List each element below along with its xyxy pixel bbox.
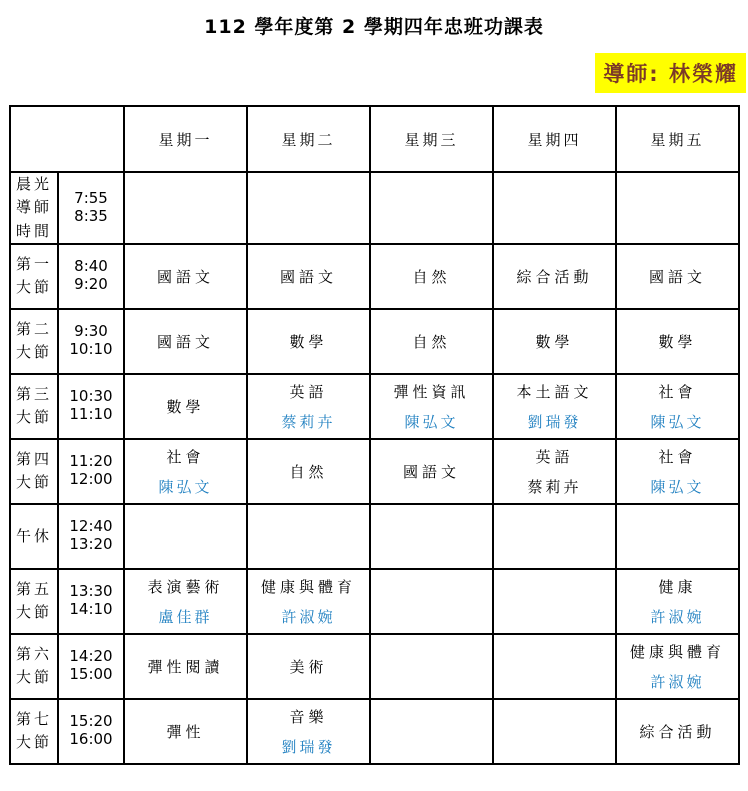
schedule-cell: 自然 [370, 309, 493, 374]
teacher-name: 盧佳群 [158, 606, 212, 627]
schedule-cell-content: 數學 [494, 331, 615, 352]
subject-text: 美術 [289, 656, 327, 677]
period-label-line: 大節 [11, 601, 57, 624]
schedule-cell-content: 數學 [125, 396, 246, 417]
schedule-cell: 數學 [616, 309, 739, 374]
schedule-cell [493, 569, 616, 634]
period-label-line: 大節 [11, 731, 57, 754]
schedule-cell-content: 美術 [248, 656, 369, 677]
schedule-row: 晨光導師時間7:558:35 [10, 172, 739, 244]
period-time-column: 11:2012:00 [59, 446, 123, 496]
teacher-name: 陳弘文 [650, 476, 704, 497]
schedule-cell-content: 本土語文劉瑞發 [494, 381, 615, 432]
period-time: 12:4013:20 [58, 504, 124, 569]
schedule-cell: 國語文 [124, 244, 247, 309]
period-label-line: 大節 [11, 471, 57, 494]
time-end: 10:10 [69, 340, 112, 358]
schedule-cell: 健康與體育許淑婉 [247, 569, 370, 634]
schedule-cell-content: 自然 [248, 461, 369, 482]
schedule-cell: 彈性 [124, 699, 247, 764]
schedule-row: 第一大節8:409:20國語文國語文自然綜合活動國語文 [10, 244, 739, 309]
schedule-cell-content: 綜合活動 [494, 266, 615, 287]
schedule-cell [493, 504, 616, 569]
schedule-cell [616, 504, 739, 569]
schedule-cell [493, 699, 616, 764]
period-label-line: 第六 [11, 643, 57, 666]
period-label: 第四大節 [10, 439, 58, 504]
teacher-name: 陳弘文 [404, 411, 458, 432]
teacher-name: 劉瑞發 [527, 411, 581, 432]
schedule-cell: 音樂劉瑞發 [247, 699, 370, 764]
schedule-row: 第三大節10:3011:10數學英語蔡莉卉彈性資訊陳弘文本土語文劉瑞發社會陳弘文 [10, 374, 739, 439]
schedule-cell-content: 彈性閱讀 [125, 656, 246, 677]
period-time-column: 9:3010:10 [59, 316, 123, 366]
period-label-line: 導師 [11, 196, 57, 219]
schedule-cell-content: 表演藝術盧佳群 [125, 576, 246, 627]
schedule-cell [370, 699, 493, 764]
subject-text: 自然 [289, 461, 327, 482]
schedule-cell: 國語文 [124, 309, 247, 374]
period-time-column: 10:3011:10 [59, 381, 123, 431]
period-label-line: 第三 [11, 383, 57, 406]
time-start: 7:55 [74, 189, 108, 207]
period-label-line: 大節 [11, 666, 57, 689]
subject-text: 表演藝術 [147, 576, 223, 597]
teacher-name: 蔡莉卉 [527, 476, 581, 497]
time-end: 12:00 [69, 470, 112, 488]
period-time-column: 12:4013:20 [59, 511, 123, 561]
schedule-cell [370, 504, 493, 569]
schedule-row: 第五大節13:3014:10表演藝術盧佳群健康與體育許淑婉健康許淑婉 [10, 569, 739, 634]
period-label-line: 午休 [11, 525, 57, 548]
time-start: 12:40 [69, 517, 112, 535]
subject-text: 數學 [535, 331, 573, 352]
period-label-line: 第一 [11, 253, 57, 276]
schedule-cell [247, 504, 370, 569]
schedule-cell: 國語文 [247, 244, 370, 309]
timetable: 星期一星期二星期三星期四星期五 晨光導師時間7:558:35第一大節8:409:… [9, 105, 740, 765]
time-start: 11:20 [69, 452, 112, 470]
schedule-cell-content: 英語蔡莉卉 [248, 381, 369, 432]
schedule-cell: 彈性資訊陳弘文 [370, 374, 493, 439]
period-time: 7:558:35 [58, 172, 124, 244]
subject-text: 社會 [658, 381, 696, 402]
period-label: 第二大節 [10, 309, 58, 374]
subject-text: 英語 [289, 381, 327, 402]
schedule-cell: 健康許淑婉 [616, 569, 739, 634]
period-time: 15:2016:00 [58, 699, 124, 764]
period-label: 第七大節 [10, 699, 58, 764]
period-label-line: 大節 [11, 341, 57, 364]
schedule-cell-content: 社會陳弘文 [617, 446, 738, 497]
subject-text: 自然 [412, 266, 450, 287]
schedule-row: 午休12:4013:20 [10, 504, 739, 569]
period-label-line: 第二 [11, 318, 57, 341]
schedule-cell [370, 172, 493, 244]
teacher-name: 許淑婉 [281, 606, 335, 627]
schedule-cell: 綜合活動 [616, 699, 739, 764]
subject-text: 音樂 [289, 706, 327, 727]
day-header-4: 星期四 [493, 106, 616, 172]
time-start: 14:20 [69, 647, 112, 665]
time-start: 9:30 [74, 322, 108, 340]
subject-text: 社會 [166, 446, 204, 467]
period-label: 第三大節 [10, 374, 58, 439]
teacher-name: 許淑婉 [650, 606, 704, 627]
subject-text: 英語 [535, 446, 573, 467]
period-time: 11:2012:00 [58, 439, 124, 504]
period-label: 晨光導師時間 [10, 172, 58, 244]
schedule-cell: 健康與體育許淑婉 [616, 634, 739, 699]
schedule-row: 第四大節11:2012:00社會陳弘文自然國語文英語蔡莉卉社會陳弘文 [10, 439, 739, 504]
schedule-cell [370, 634, 493, 699]
schedule-cell: 社會陳弘文 [616, 439, 739, 504]
teacher-name: 劉瑞發 [281, 736, 335, 757]
schedule-cell-content: 國語文 [371, 461, 492, 482]
period-label-line: 第七 [11, 708, 57, 731]
schedule-cell-content: 國語文 [248, 266, 369, 287]
schedule-cell-content: 健康與體育許淑婉 [248, 576, 369, 627]
period-label: 第五大節 [10, 569, 58, 634]
period-label-line: 大節 [11, 276, 57, 299]
schedule-cell [124, 504, 247, 569]
corner-cell [10, 106, 124, 172]
period-label: 第一大節 [10, 244, 58, 309]
schedule-row: 第二大節9:3010:10國語文數學自然數學數學 [10, 309, 739, 374]
subject-text: 健康與體育 [630, 641, 725, 662]
schedule-cell-content: 國語文 [125, 266, 246, 287]
schedule-row: 第七大節15:2016:00彈性音樂劉瑞發綜合活動 [10, 699, 739, 764]
time-start: 8:40 [74, 257, 108, 275]
teacher-name: 許淑婉 [650, 671, 704, 692]
schedule-cell-content: 健康與體育許淑婉 [617, 641, 738, 692]
schedule-cell [616, 172, 739, 244]
period-time-column: 15:2016:00 [59, 706, 123, 756]
period-label-line: 第五 [11, 578, 57, 601]
period-time-column: 7:558:35 [59, 183, 123, 233]
day-header-5: 星期五 [616, 106, 739, 172]
subject-text: 數學 [289, 331, 327, 352]
schedule-cell-content: 健康許淑婉 [617, 576, 738, 627]
period-label: 第六大節 [10, 634, 58, 699]
subject-text: 彈性閱讀 [147, 656, 223, 677]
time-end: 15:00 [69, 665, 112, 683]
page-title: 112 學年度第 2 學期四年忠班功課表 [0, 0, 748, 39]
schedule-cell-content: 英語蔡莉卉 [494, 446, 615, 497]
schedule-cell-content: 國語文 [617, 266, 738, 287]
timetable-header-row: 星期一星期二星期三星期四星期五 [10, 106, 739, 172]
period-time-column: 14:2015:00 [59, 641, 123, 691]
day-header-1: 星期一 [124, 106, 247, 172]
schedule-row: 第六大節14:2015:00彈性閱讀美術健康與體育許淑婉 [10, 634, 739, 699]
subject-text: 彈性資訊 [393, 381, 469, 402]
period-time: 13:3014:10 [58, 569, 124, 634]
teacher-name: 陳弘文 [158, 476, 212, 497]
timetable-body: 晨光導師時間7:558:35第一大節8:409:20國語文國語文自然綜合活動國語… [10, 172, 739, 764]
subject-text: 健康 [658, 576, 696, 597]
subject-text: 健康與體育 [261, 576, 356, 597]
schedule-cell-content: 彈性資訊陳弘文 [371, 381, 492, 432]
period-label-line: 第四 [11, 448, 57, 471]
period-label-line: 晨光 [11, 173, 57, 196]
subject-text: 國語文 [649, 266, 706, 287]
schedule-cell-content: 彈性 [125, 721, 246, 742]
day-header-3: 星期三 [370, 106, 493, 172]
time-end: 8:35 [74, 207, 108, 225]
schedule-cell-content: 數學 [617, 331, 738, 352]
subject-text: 綜合活動 [516, 266, 592, 287]
period-time-column: 13:3014:10 [59, 576, 123, 626]
time-start: 13:30 [69, 582, 112, 600]
day-header-2: 星期二 [247, 106, 370, 172]
period-time: 14:2015:00 [58, 634, 124, 699]
subject-text: 本土語文 [516, 381, 592, 402]
schedule-cell: 社會陳弘文 [616, 374, 739, 439]
schedule-cell: 數學 [247, 309, 370, 374]
subject-text: 國語文 [403, 461, 460, 482]
time-end: 11:10 [69, 405, 112, 423]
schedule-cell-content: 社會陳弘文 [617, 381, 738, 432]
schedule-cell: 國語文 [370, 439, 493, 504]
schedule-cell: 自然 [370, 244, 493, 309]
schedule-cell-content: 音樂劉瑞發 [248, 706, 369, 757]
schedule-cell: 英語蔡莉卉 [493, 439, 616, 504]
period-label: 午休 [10, 504, 58, 569]
period-label-line: 時間 [11, 220, 57, 243]
subject-text: 國語文 [280, 266, 337, 287]
period-time: 10:3011:10 [58, 374, 124, 439]
time-start: 10:30 [69, 387, 112, 405]
schedule-cell-content: 自然 [371, 331, 492, 352]
subject-text: 國語文 [157, 266, 214, 287]
subject-text: 數學 [658, 331, 696, 352]
subject-text: 社會 [658, 446, 696, 467]
schedule-cell [493, 172, 616, 244]
schedule-cell-content: 數學 [248, 331, 369, 352]
time-end: 13:20 [69, 535, 112, 553]
subject-text: 自然 [412, 331, 450, 352]
schedule-cell: 綜合活動 [493, 244, 616, 309]
schedule-cell: 表演藝術盧佳群 [124, 569, 247, 634]
schedule-cell: 國語文 [616, 244, 739, 309]
time-end: 14:10 [69, 600, 112, 618]
schedule-cell: 彈性閱讀 [124, 634, 247, 699]
schedule-cell [247, 172, 370, 244]
schedule-cell: 社會陳弘文 [124, 439, 247, 504]
time-end: 9:20 [74, 275, 108, 293]
schedule-cell: 自然 [247, 439, 370, 504]
period-time-column: 8:409:20 [59, 251, 123, 301]
period-time: 9:3010:10 [58, 309, 124, 374]
schedule-cell: 英語蔡莉卉 [247, 374, 370, 439]
schedule-cell-content: 綜合活動 [617, 721, 738, 742]
schedule-cell: 數學 [124, 374, 247, 439]
schedule-cell: 美術 [247, 634, 370, 699]
schedule-cell-content: 自然 [371, 266, 492, 287]
subject-text: 彈性 [166, 721, 204, 742]
subject-text: 綜合活動 [639, 721, 715, 742]
schedule-cell-content: 國語文 [125, 331, 246, 352]
schedule-cell [124, 172, 247, 244]
time-end: 16:00 [69, 730, 112, 748]
schedule-cell [370, 569, 493, 634]
schedule-cell-content: 社會陳弘文 [125, 446, 246, 497]
homeroom-teacher-badge: 導師: 林榮耀 [595, 53, 746, 93]
period-label-line: 大節 [11, 406, 57, 429]
subject-text: 國語文 [157, 331, 214, 352]
period-time: 8:409:20 [58, 244, 124, 309]
time-start: 15:20 [69, 712, 112, 730]
teacher-name: 陳弘文 [650, 411, 704, 432]
subject-text: 數學 [166, 396, 204, 417]
schedule-cell [493, 634, 616, 699]
schedule-cell: 本土語文劉瑞發 [493, 374, 616, 439]
schedule-cell: 數學 [493, 309, 616, 374]
teacher-name: 蔡莉卉 [281, 411, 335, 432]
